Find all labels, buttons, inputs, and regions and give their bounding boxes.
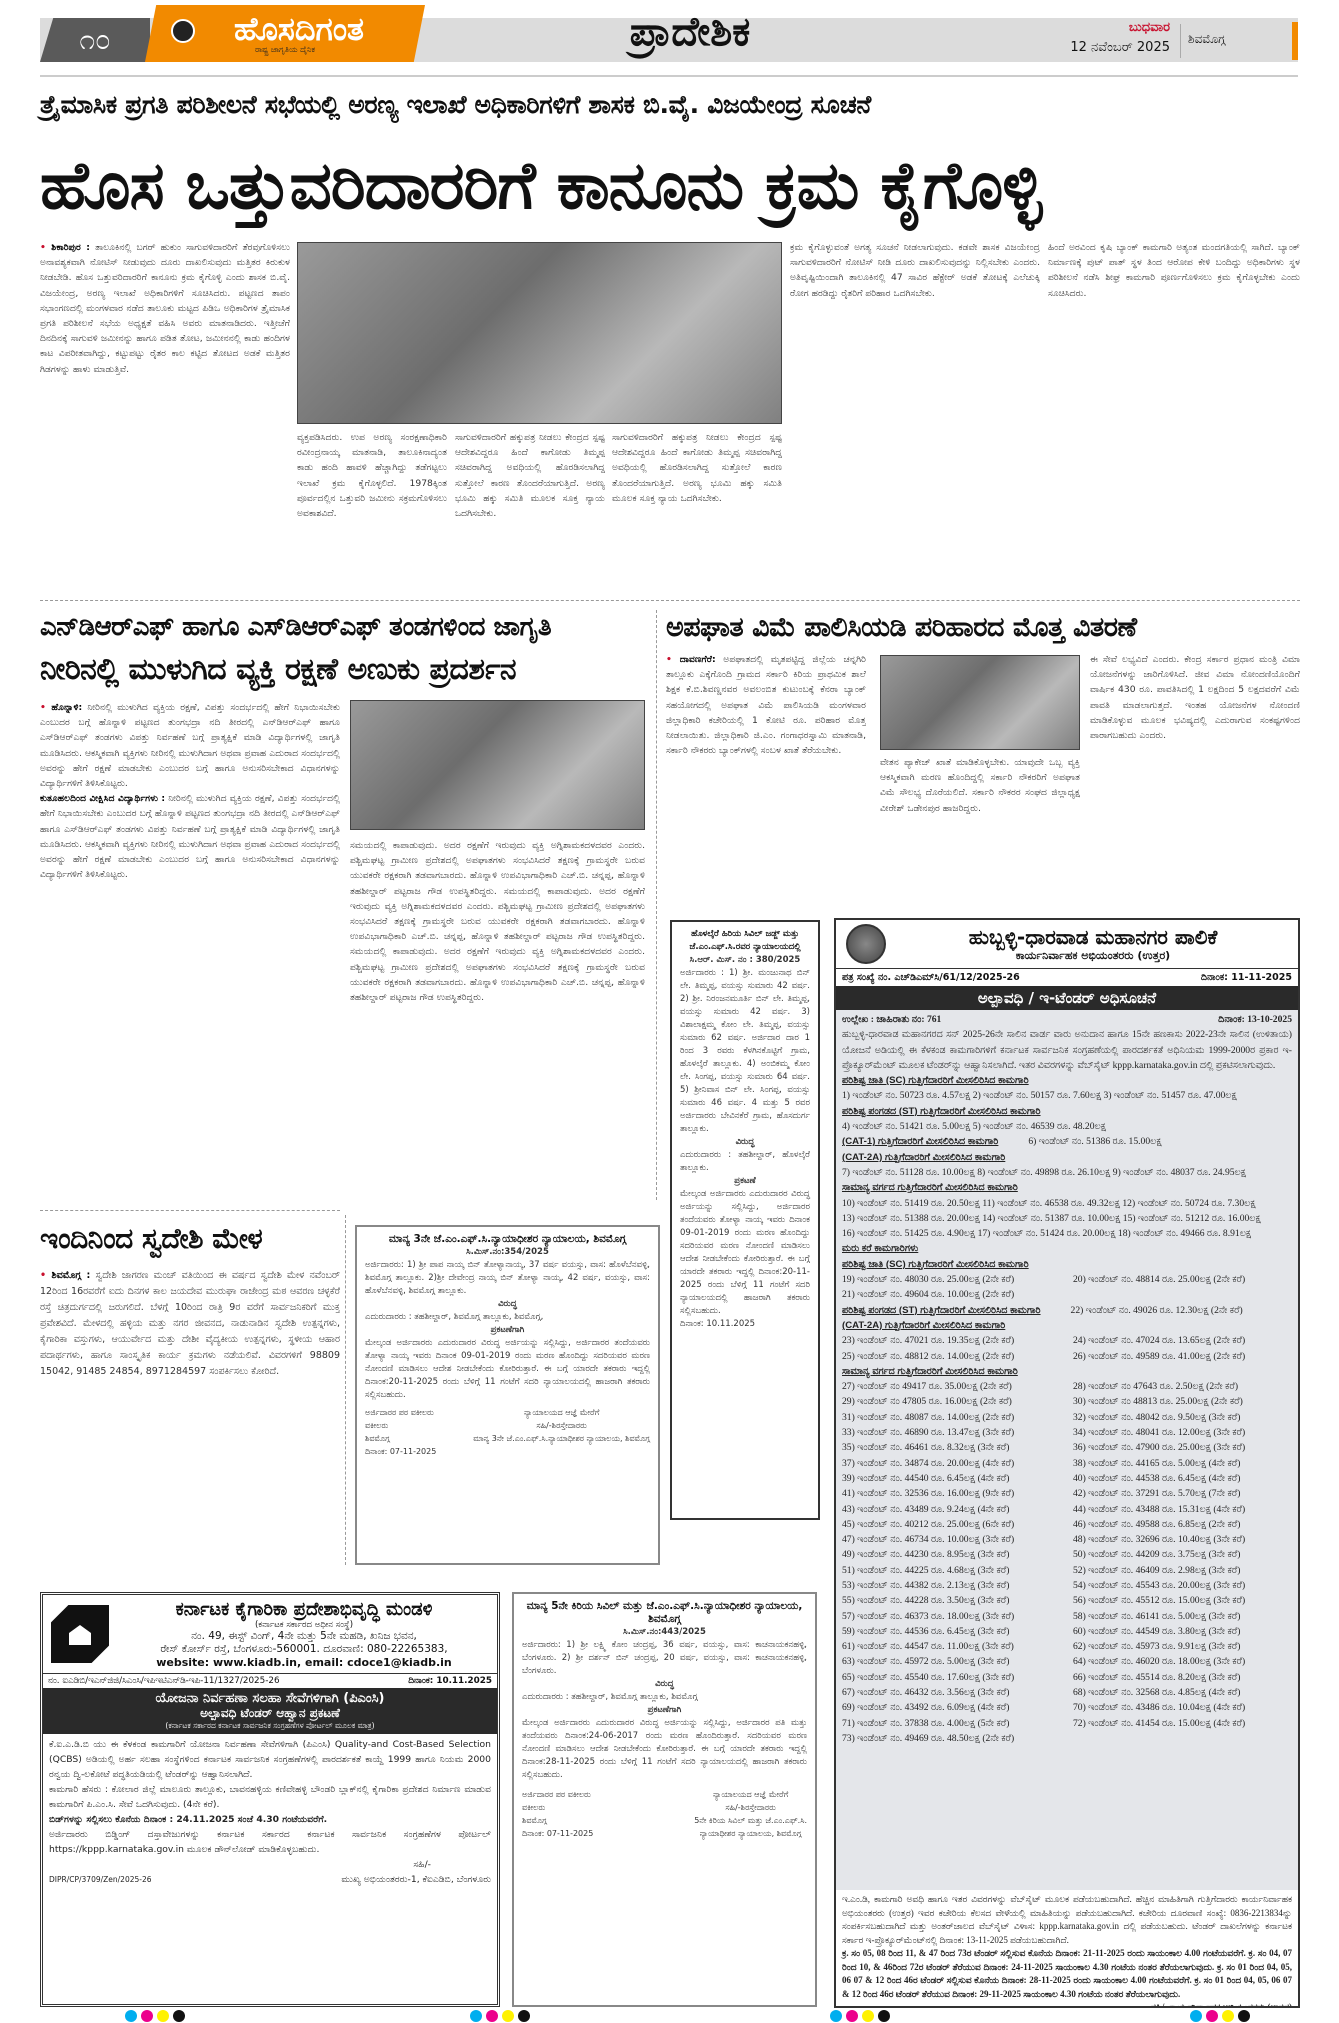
tender-item: 71) ಇಂಡೆಂಟ್ ನಂ. 37838 ರೂ. 4.00ಲಕ್ಷ (5ನೇ … (842, 1716, 1061, 1731)
tender-item: 36) ಇಂಡೆಂಟ್ ನಂ. 47900 ರೂ. 25.00ಲಕ್ಷ (3ನೇ… (1073, 1440, 1292, 1455)
tender-item: 63) ಇಂಡೆಂಟ್ ನಂ. 45972 ರೂ. 5.00ಲಕ್ಷ (3ನೇ … (842, 1654, 1061, 1669)
lead-column-5: ಹಿಂದೆ ಅರವಿಂದ ಕೃಷಿ ಬ್ಯಾಂಕ್ ಕಾಮಗಾರಿ ಅತ್ಯಂತ… (1048, 240, 1300, 590)
tender-item: 30) ಇಂಡೆಂಟ್ ನಂ 48813 ರೂ. 25.00ಲಕ್ಷ (2ನೇ … (1073, 1394, 1292, 1409)
hdmc-tender-notice: ಹುಬ್ಬಳ್ಳಿ-ಧಾರವಾಡ ಮಹಾನಗರ ಪಾಲಿಕೆ ಕಾರ್ಯನಿರ್… (834, 918, 1300, 2008)
hdmc-banner: ಅಲ್ಪಾವಧಿ / ಇ-ಟೆಂಡರ್ ಅಧಿಸೂಚನೆ (836, 986, 1298, 1010)
tender-category-heading: ಪರಿಶಿಷ್ಟ ಪಂಗಡದ (ST) ಗುತ್ತಿಗೆದಾರರಿಗೆ ಮೀಸಲ… (842, 1104, 1292, 1119)
tender-category-heading: (CAT-2A) ಗುತ್ತಿಗೆದಾರರಿಗೆ ಮೀಸಲಿರಿಸಿದ ಕಾಮಗ… (842, 1150, 1292, 1165)
tender-item: 6) ಇಂಡೆಂಟ್ ನಂ. 51386 ರೂ. 15.00ಲಕ್ಷ (1028, 1134, 1161, 1149)
tender-item: 27) ಇಂಡೆಂಟ್ ನಂ 49417 ರೂ. 35.00ಲಕ್ಷ (2ನೇ … (842, 1379, 1061, 1394)
tender-item: 64) ಇಂಡೆಂಟ್ ನಂ. 46020 ರೂ. 18.00ಲಕ್ಷ (3ನೇ… (1073, 1654, 1292, 1669)
lead-headline: ಹೊಸ ಒತ್ತುವರಿದಾರರಿಗೆ ಕಾನೂನು ಕ್ರಮ ಕೈಗೊಳ್ಳಿ (40, 150, 1300, 223)
header-divider (1180, 24, 1181, 58)
tender-item: 50) ಇಂಡೆಂಟ್ ನಂ. 44209 ರೂ. 3.75ಲಕ್ಷ (3ನೇ … (1073, 1547, 1292, 1562)
tender-item: 35) ಇಂಡೆಂಟ್ ನಂ. 46461 ರೂ. 8.32ಲಕ್ಷ (3ನೇ … (842, 1440, 1061, 1455)
tender-category-heading: ಸಾಮಾನ್ಯ ವರ್ಗದ ಗುತ್ತಿಗೆದಾರರಿಗೆ ಮೀಸಲಿರಿಸಿದ… (842, 1180, 1292, 1195)
edition-city: ಶಿವಮೊಗ್ಗ (1188, 32, 1225, 47)
ndrf-column-1: • ಹೊನ್ನಾಳಿ: ನೀರಿನಲ್ಲಿ ಮುಳುಗಿದ ವ್ಯಕ್ತಿಯ ರ… (40, 700, 340, 1200)
tender-item: 68) ಇಂಡೆಂಟ್ ನಂ. 32568 ರೂ. 4.85ಲಕ್ಷ (4ನೇ … (1073, 1685, 1292, 1700)
tender-item: 32) ಇಂಡೆಂಟ್ ನಂ. 48042 ರೂ. 9.50ಲಕ್ಷ (3ನೇ … (1073, 1410, 1292, 1425)
tender-item: 65) ಇಂಡೆಂಟ್ ನಂ. 45540 ರೂ. 17.60ಲಕ್ಷ (3ನೇ… (842, 1670, 1061, 1685)
tender-item: 40) ಇಂಡೆಂಟ್ ನಂ. 44538 ರೂ. 6.45ಲಕ್ಷ (4ನೇ … (1073, 1471, 1292, 1486)
tender-item: 57) ಇಂಡೆಂಟ್ ನಂ. 46373 ರೂ. 18.00ಲಕ್ಷ (3ನೇ… (842, 1609, 1061, 1624)
registration-marks (125, 2010, 185, 2022)
tender-item: 34) ಇಂಡೆಂಟ್ ನಂ. 48041 ರೂ. 12.00ಲಕ್ಷ (3ನೇ… (1073, 1425, 1292, 1440)
tender-item: 60) ಇಂಡೆಂಟ್ ನಂ. 44549 ರೂ. 3.80ಲಕ್ಷ (3ನೇ … (1073, 1624, 1292, 1639)
tender-item: 53) ಇಂಡೆಂಟ್ ನಂ. 44382 ರೂ. 2.13ಲಕ್ಷ (3ನೇ … (842, 1578, 1061, 1593)
insurance-column-3: ಈ ಸೇವೆ ಲಭ್ಯವಿದೆ ಎಂದರು. ಕೇಂದ್ರ ಸರ್ಕಾರ ಪ್ರ… (1090, 652, 1300, 902)
hdmc-emblem-icon (846, 924, 886, 964)
logo-tagline: ರಾಷ್ಟ್ರ ಜಾಗೃತಿಯ ದೈನಿಕ (255, 45, 315, 55)
tender-item: 41) ಇಂಡೆಂಟ್ ನಂ. 32536 ರೂ. 16.00ಲಕ್ಷ (9ನೇ… (842, 1486, 1061, 1501)
tender-item: 22) ಇಂಡೆಂಟ್ ನಂ. 49026 ರೂ. 12.30ಲಕ್ಷ (2ನೇ… (1071, 1303, 1243, 1318)
registration-marks (1190, 2010, 1250, 2022)
tender-item: 49) ಇಂಡೆಂಟ್ ನಂ. 44230 ರೂ. 8.95ಲಕ್ಷ (3ನೇ … (842, 1547, 1061, 1562)
tender-item: 58) ಇಂಡೆಂಟ್ ನಂ. 46141 ರೂ. 5.00ಲಕ್ಷ (3ನೇ … (1073, 1609, 1292, 1624)
dateline: • ಶಿವಮೊಗ್ಗ : (40, 1270, 90, 1281)
ndrf-kicker: ಎನ್‌ಡಿಆರ್‌ಎಫ್ ಹಾಗೂ ಎಸ್‌ಡಿಆರ್‌ಎಫ್ ತಂಡಗಳಿಂ… (40, 612, 551, 643)
column-divider (345, 1215, 346, 1565)
tender-item: 20) ಇಂಡೆಂಟ್ ನಂ. 48814 ರೂ. 25.00ಲಕ್ಷ (2ನೇ… (1073, 1272, 1292, 1287)
tender-item: 44) ಇಂಡೆಂಟ್ ನಂ. 43488 ರೂ. 15.31ಲಕ್ಷ (4ನೇ… (1073, 1502, 1292, 1517)
court-notice-3rd-jmfc: ಮಾನ್ಯ 3ನೇ ಜೆ.ಎಂ.ಎಫ್.ಸಿ.ನ್ಯಾಯಾಧೀಶರ ನ್ಯಾಯಾ… (355, 1225, 660, 1565)
tender-item: 37) ಇಂಡೆಂಟ್ ನಂ. 34874 ರೂ. 20.00ಲಕ್ಷ (4ನೇ… (842, 1456, 1061, 1471)
tender-item: 33) ಇಂಡೆಂಟ್ ನಂ. 46890 ರೂ. 13.47ಲಕ್ಷ (3ನೇ… (842, 1425, 1061, 1440)
tender-item: 25) ಇಂಡೆಂಟ್ ನಂ. 48812 ರೂ. 14.00ಲಕ್ಷ (2ನೇ… (842, 1349, 1061, 1364)
tender-item: 54) ಇಂಡೆಂಟ್ ನಂ. 45543 ರೂ. 20.00ಲಕ್ಷ (3ನೇ… (1073, 1578, 1292, 1593)
tender-category-heading: (CAT-1) ಗುತ್ತಿಗೆದಾರರಿಗೆ ಮೀಸಲಿರಿಸಿದ ಕಾಮಗಾ… (842, 1134, 998, 1149)
tender-item: 70) ಇಂಡೆಂಟ್ ನಂ. 43486 ರೂ. 10.04ಲಕ್ಷ (4ನೇ… (1073, 1700, 1292, 1715)
swadeshi-headline: ಇಂದಿನಿಂದ ಸ್ವದೇಶಿ ಮೇಳ (40, 1222, 262, 1256)
tender-item: 10) ಇಂಡೆಂಟ್ ನಂ. 51419 ರೂ. 20.50ಲಕ್ಷ 11) … (842, 1196, 1292, 1211)
tender-item: 45) ಇಂಡೆಂಟ್ ನಂ. 40212 ರೂ. 25.00ಲಕ್ಷ (6ನೇ… (842, 1517, 1061, 1532)
ndrf-subhead: ಕುತೂಹಲದಿಂದ ವೀಕ್ಷಿಸಿದ ವಿದ್ಯಾರ್ಥಿಗಳು : (40, 793, 165, 804)
court-notice-holalkere: ಹೊಳಲ್ಕೆರೆ ಹಿರಿಯ ಸಿವಿಲ್ ಜಡ್ಜ್ ಮತ್ತು ಜೆ.ಎಂ… (670, 920, 820, 1520)
court-notice-5th-civil: ಮಾನ್ಯ 5ನೇ ಕಿರಿಯ ಸಿವಿಲ್ ಮತ್ತು ಜೆ.ಎಂ.ಎಫ್.ಸ… (512, 1592, 817, 2007)
tender-item: 7) ಇಂಡೆಂಟ್ ನಂ. 51128 ರೂ. 10.00ಲಕ್ಷ 8) ಇಂ… (842, 1165, 1292, 1180)
tender-category-heading: ಪರಿಶಿಷ್ಟ ಪಂಗಡದ (ST) ಗುತ್ತಿಗೆದಾರರಿಗೆ ಮೀಸಲ… (842, 1303, 1041, 1318)
tender-item: 19) ಇಂಡೆಂಟ್ ನಂ. 48030 ರೂ. 25.00ಲಕ್ಷ (2ನೇ… (842, 1272, 1061, 1287)
issue-date: 12 ನವೆಂಬರ್ 2025 (1020, 40, 1170, 55)
tender-item: 67) ಇಂಡೆಂಟ್ ನಂ. 46432 ರೂ. 3.56ಲಕ್ಷ (3ನೇ … (842, 1685, 1061, 1700)
tender-item: 4) ಇಂಡೆಂಟ್ ನಂ. 51421 ರೂ. 5.00ಲಕ್ಷ 5) ಇಂಡ… (842, 1119, 1292, 1134)
tender-item: 24) ಇಂಡೆಂಟ್ ನಂ. 47024 ರೂ. 13.65ಲಕ್ಷ (2ನೇ… (1073, 1333, 1292, 1348)
tender-item: 51) ಇಂಡೆಂಟ್ ನಂ. 44225 ರೂ. 4.68ಲಕ್ಷ (3ನೇ … (842, 1563, 1061, 1578)
tender-item: 16) ಇಂಡೆಂಟ್ ನಂ. 51425 ರೂ. 4.90ಲಕ್ಷ 17) ಇ… (842, 1226, 1292, 1241)
tender-item: 26) ಇಂಡೆಂಟ್ ನಂ. 49589 ರೂ. 41.00ಲಕ್ಷ (2ನೇ… (1073, 1349, 1292, 1364)
tender-item: 52) ಇಂಡೆಂಟ್ ನಂ. 46409 ರೂ. 2.98ಲಕ್ಷ (3ನೇ … (1073, 1563, 1292, 1578)
tender-item: 38) ಇಂಡೆಂಟ್ ನಂ. 44165 ರೂ. 5.00ಲಕ್ಷ (4ನೇ … (1073, 1456, 1292, 1471)
section-divider (40, 1210, 340, 1211)
registration-marks (830, 2010, 890, 2022)
hdmc-tender-list: ಉಲ್ಲೇಖ : ಜಾಹಿರಾತು ನಂ: 761ದಿನಾಂಕ: 13-10-2… (836, 1010, 1298, 1890)
tender-item: 21) ಇಂಡೆಂಟ್ ನಂ. 49604 ರೂ. 10.00ಲಕ್ಷ (2ನೇ… (842, 1287, 1061, 1302)
page-number: ೧೦ (40, 18, 150, 62)
ndrf-column-2: ಸಮಯದಲ್ಲಿ ಕಾಪಾಡುವುದು. ಅದರ ರಕ್ಷಣೆಗೆ ಇರುವುದ… (350, 838, 645, 1200)
tender-item: 28) ಇಂಡೆಂಟ್ ನಂ 47643 ರೂ. 2.50ಲಕ್ಷ (2ನೇ ಕ… (1073, 1379, 1292, 1394)
insurance-photo-cheque (880, 655, 1080, 750)
registration-marks (470, 2010, 530, 2022)
kiadb-website: website: www.kiadb.in, email: cdoce1@kia… (119, 1656, 489, 1669)
tender-item: 46) ಇಂಡೆಂಟ್ ನಂ. 49588 ರೂ. 6.85ಲಕ್ಷ (2ನೇ … (1073, 1517, 1292, 1532)
logo-emblem-icon (171, 19, 195, 43)
tender-category-heading: ಮರು ಕರೆ ಕಾಮಗಾರಿಗಳು (842, 1241, 1292, 1256)
tender-item: 69) ಇಂಡೆಂಟ್ ನಂ. 43492 ರೂ. 6.09ಲಕ್ಷ (4ನೇ … (842, 1700, 1061, 1715)
accent-bar (1292, 22, 1298, 60)
kiadb-tender-notice: ಕರ್ನಾಟಕ ಕೈಗಾರಿಕಾ ಪ್ರದೇಶಾಭಿವೃದ್ಧಿ ಮಂಡಳಿ (… (40, 1592, 500, 2007)
tender-item: 47) ಇಂಡೆಂಟ್ ನಂ. 46734 ರೂ. 10.00ಲಕ್ಷ (3ನೇ… (842, 1532, 1061, 1547)
tender-item: 39) ಇಂಡೆಂಟ್ ನಂ. 44540 ರೂ. 6.45ಲಕ್ಷ (4ನೇ … (842, 1471, 1061, 1486)
tender-item: 62) ಇಂಡೆಂಟ್ ನಂ. 45973 ರೂ. 9.91ಲಕ್ಷ (3ನೇ … (1073, 1639, 1292, 1654)
swadeshi-body: • ಶಿವಮೊಗ್ಗ : ಸ್ವದೇಶಿ ಜಾಗರಣ ಮಂಚ್ ವತಿಯಿಂದ … (40, 1268, 340, 1558)
insurance-column-2: ವೇತನ ಪ್ಯಾಕೇಜ್ ಖಾತೆ ಮಾಡಿಕೊಳ್ಳಬೇಕು. ಯಾವುದೇ… (880, 755, 1080, 902)
tender-item: 73) ಇಂಡೆಂಟ್ ನಂ. 49469 ರೂ. 48.50ಲಕ್ಷ (2ನೇ… (842, 1731, 1061, 1746)
kiadb-banner: ಯೋಜನಾ ನಿರ್ವಹಣಾ ಸಲಹಾ ಸೇವೆಗಳಿಗಾಗಿ (ಪಿಎಂಸಿ)… (43, 1688, 497, 1734)
tender-item: 23) ಇಂಡೆಂಟ್ ನಂ. 47021 ರೂ. 19.35ಲಕ್ಷ (2ನೇ… (842, 1333, 1061, 1348)
tender-category-heading: ಪರಿಶಿಷ್ಟ ಜಾತಿ (SC) ಗುತ್ತಿಗೆದಾರರಿಗೆ ಮೀಸಲಿ… (842, 1073, 1292, 1088)
tender-item: 61) ಇಂಡೆಂಟ್ ನಂ. 44547 ರೂ. 11.00ಲಕ್ಷ (3ನೇ… (842, 1639, 1061, 1654)
tender-item: 13) ಇಂಡೆಂಟ್ ನಂ. 51388 ರೂ. 20.00ಲಕ್ಷ 14) … (842, 1211, 1292, 1226)
tender-item: 48) ಇಂಡೆಂಟ್ ನಂ. 32696 ರೂ. 10.40ಲಕ್ಷ (3ನೇ… (1073, 1532, 1292, 1547)
newspaper-logo: ಹೊಸದಿಗಂತ ರಾಷ್ಟ್ರ ಜಾಗೃತಿಯ ದೈನಿಕ (145, 5, 425, 62)
column-divider (656, 610, 657, 1200)
dateline: • ದಾವಣಗೆರೆ: (666, 654, 716, 665)
tender-category-heading: (CAT-2A) ಗುತ್ತಿಗೆದಾರರಿಗೆ ಮೀಸಲಿರಿಸಿದ ಕಾಮಗ… (842, 1318, 1292, 1333)
section-divider (40, 600, 1300, 601)
weekday: ಬುಧವಾರ (1050, 20, 1170, 35)
dateline: • ಶಿಕಾರಿಪುರ : (40, 242, 90, 253)
lead-column-4: ಕ್ರಮ ಕೈಗೊಳ್ಳುವಂತೆ ಅಗತ್ಯ ಸೂಚನೆ ನೀಡಲಾಗುವುದ… (790, 240, 1040, 590)
insurance-headline: ಅಪಘಾತ ವಿಮೆ ಪಾಲಿಸಿಯಡಿ ಪರಿಹಾರದ ಮೊತ್ತ ವಿತರಣ… (666, 612, 1137, 644)
tender-item: 66) ಇಂಡೆಂಟ್ ನಂ. 45514 ರೂ. 8.20ಲಕ್ಷ (3ನೇ … (1073, 1670, 1292, 1685)
tender-item: 29) ಇಂಡೆಂಟ್ ನಂ 47805 ರೂ. 16.00ಲಕ್ಷ (2ನೇ … (842, 1394, 1061, 1409)
tender-item: 31) ಇಂಡೆಂಟ್ ನಂ. 48087 ರೂ. 14.00ಲಕ್ಷ (2ನೇ… (842, 1410, 1061, 1425)
tender-item: 43) ಇಂಡೆಂಟ್ ನಂ. 43489 ರೂ. 9.24ಲಕ್ಷ (4ನೇ … (842, 1502, 1061, 1517)
lead-column-2: ವ್ಯಕ್ತಪಡಿಸಿದರು. ಉಪ ಅರಣ್ಯ ಸಂರಕ್ಷಣಾಧಿಕಾರಿ … (297, 430, 447, 590)
tender-item: 1) ಇಂಡೆಂಟ್ ನಂ. 50723 ರೂ. 4.57ಲಕ್ಷ 2) ಇಂಡ… (842, 1088, 1292, 1103)
tender-item: 55) ಇಂಡೆಂಟ್ ನಂ. 44228 ರೂ. 3.50ಲಕ್ಷ (3ನೇ … (842, 1593, 1061, 1608)
logo-text: ಹೊಸದಿಗಂತ (206, 13, 364, 45)
tender-item: 56) ಇಂಡೆಂಟ್ ನಂ. 45512 ರೂ. 15.00ಲಕ್ಷ (3ನೇ… (1073, 1593, 1292, 1608)
ndrf-photo-rescue (350, 700, 645, 830)
lead-photo-meeting (297, 242, 782, 424)
tender-item: 72) ಇಂಡೆಂಟ್ ನಂ. 41454 ರೂ. 15.00ಲಕ್ಷ (4ನೇ… (1073, 1716, 1292, 1731)
ndrf-headline: ನೀರಿನಲ್ಲಿ ಮುಳುಗಿದ ವ್ಯಕ್ತಿ ರಕ್ಷಣೆ ಅಣುಕು ಪ… (40, 652, 516, 687)
tender-category-heading: ಸಾಮಾನ್ಯ ವರ್ಗದ ಗುತ್ತಿಗೆದಾರರಿಗೆ ಮೀಸಲಿರಿಸಿದ… (842, 1364, 1292, 1379)
tender-item: 42) ಇಂಡೆಂಟ್ ನಂ. 37291 ರೂ. 5.70ಲಕ್ಷ (7ನೇ … (1073, 1486, 1292, 1501)
lead-column-3b: ಸಾಗುವಳಿದಾರರಿಗೆ ಹಕ್ಕುಪತ್ರ ನೀಡಲು ಕೇಂದ್ರದ ಸ… (612, 430, 782, 590)
kiadb-logo-icon (51, 1605, 109, 1663)
insurance-column-1: • ದಾವಣಗೆರೆ: ಅಪಘಾತದಲ್ಲಿ ಮೃತಪಟ್ಟಿದ್ದ ಜಿಲ್ಲ… (666, 652, 866, 902)
section-title: ಪ್ರಾದೇಶಿಕ (560, 8, 820, 55)
tender-item: 59) ಇಂಡೆಂಟ್ ನಂ. 44536 ರೂ. 6.45ಲಕ್ಷ (3ನೇ … (842, 1624, 1061, 1639)
tender-category-heading: ಪರಿಶಿಷ್ಟ ಜಾತಿ (SC) ಗುತ್ತಿಗೆದಾರರಿಗೆ ಮೀಸಲಿ… (842, 1257, 1292, 1272)
dateline: • ಹೊನ್ನಾಳಿ: (40, 702, 82, 713)
lead-column-1: • ಶಿಕಾರಿಪುರ : ತಾಲೂಕಿನಲ್ಲಿ ಬಗರ್ ಹುಕುಂ ಸಾಗ… (40, 240, 290, 590)
lead-column-3: ಸಾಗುವಳಿದಾರರಿಗೆ ಹಕ್ಕುಪತ್ರ ನೀಡಲು ಕೇಂದ್ರದ ಸ… (455, 430, 605, 590)
header-rule (40, 75, 1298, 77)
lead-kicker: ತ್ರೈಮಾಸಿಕ ಪ್ರಗತಿ ಪರಿಶೀಲನೆ ಸಭೆಯಲ್ಲಿ ಅರಣ್ಯ… (40, 90, 1300, 120)
